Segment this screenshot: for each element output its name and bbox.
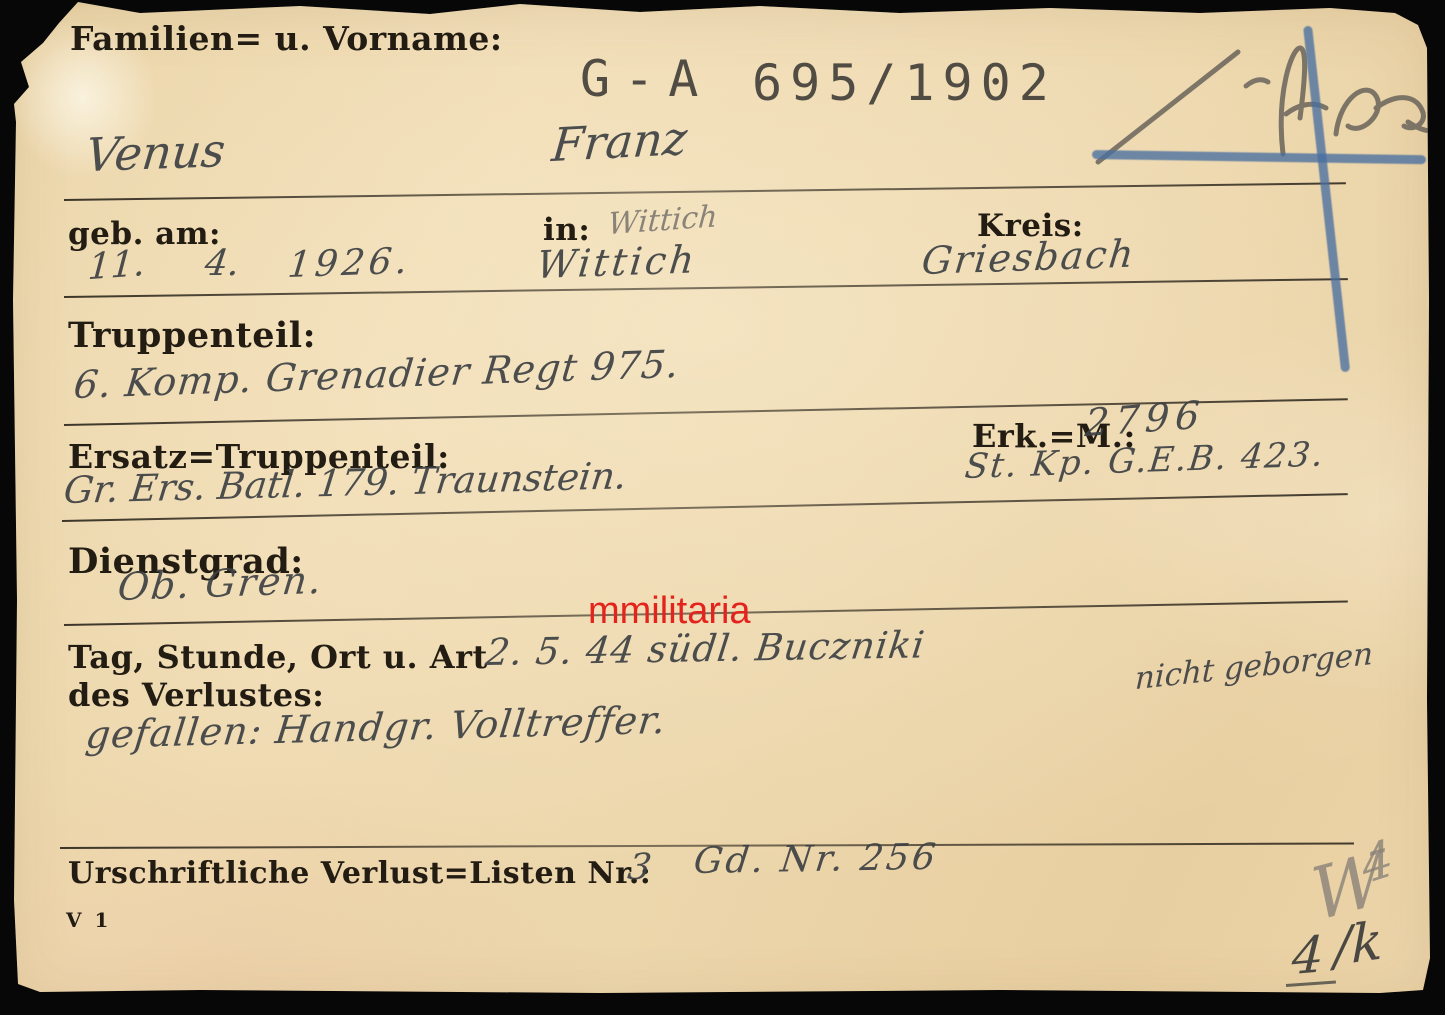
entry-birth-day: 11.	[87, 246, 147, 286]
form-code: V 1	[66, 910, 111, 931]
watermark-text: mmilitaria	[588, 590, 751, 633]
entry-rank: Ob. Gren.	[116, 561, 325, 606]
stamp-code: G-A	[580, 50, 712, 108]
scanned-casualty-card: Familien= u. Vorname: geb. am: in: Kreis…	[0, 0, 1445, 1015]
entry-given-name: Franz	[550, 115, 689, 168]
label-loss-line1: Tag, Stunde, Ort u. Art	[68, 641, 488, 675]
pencil-mark-lower-k: /k	[1334, 915, 1383, 974]
ruled-line	[64, 182, 1346, 201]
label-unit: Truppenteil:	[68, 318, 316, 355]
pencil-mark-lower-4: 4	[1291, 929, 1325, 982]
pencil-birth-place: Wittich	[607, 202, 719, 240]
entry-id-tag-number: 2796	[1084, 395, 1207, 442]
entry-loss-list-number: 3	[625, 850, 653, 886]
entry-loss-list-extra: Gd. Nr. 256	[692, 840, 940, 880]
entry-loss-date-place: 2. 5. 44 südl. Buczniki	[484, 626, 927, 671]
entry-birth-year: 1926.	[286, 244, 413, 284]
label-loss-list: Urschriftliche Verlust=Listen Nr.:	[68, 858, 651, 890]
entry-loss-note: nicht geborgen	[1134, 639, 1373, 695]
pencil-signature	[1080, 22, 1440, 172]
entry-kreis: Griesbach	[920, 234, 1137, 280]
stamp-number: 695/1902	[752, 54, 1057, 112]
card-paper: Familien= u. Vorname: geb. am: in: Kreis…	[0, 0, 1445, 1015]
ruled-line	[64, 278, 1348, 298]
entry-birth-month: 4.	[202, 246, 241, 282]
label-family-first-name: Familien= u. Vorname:	[70, 22, 503, 57]
entry-birth-place-ink: Wittich	[535, 240, 699, 284]
entry-family-name: Venus	[84, 127, 228, 178]
entry-id-tag-line2: St. Kp. G.E.B. 423.	[963, 437, 1326, 484]
